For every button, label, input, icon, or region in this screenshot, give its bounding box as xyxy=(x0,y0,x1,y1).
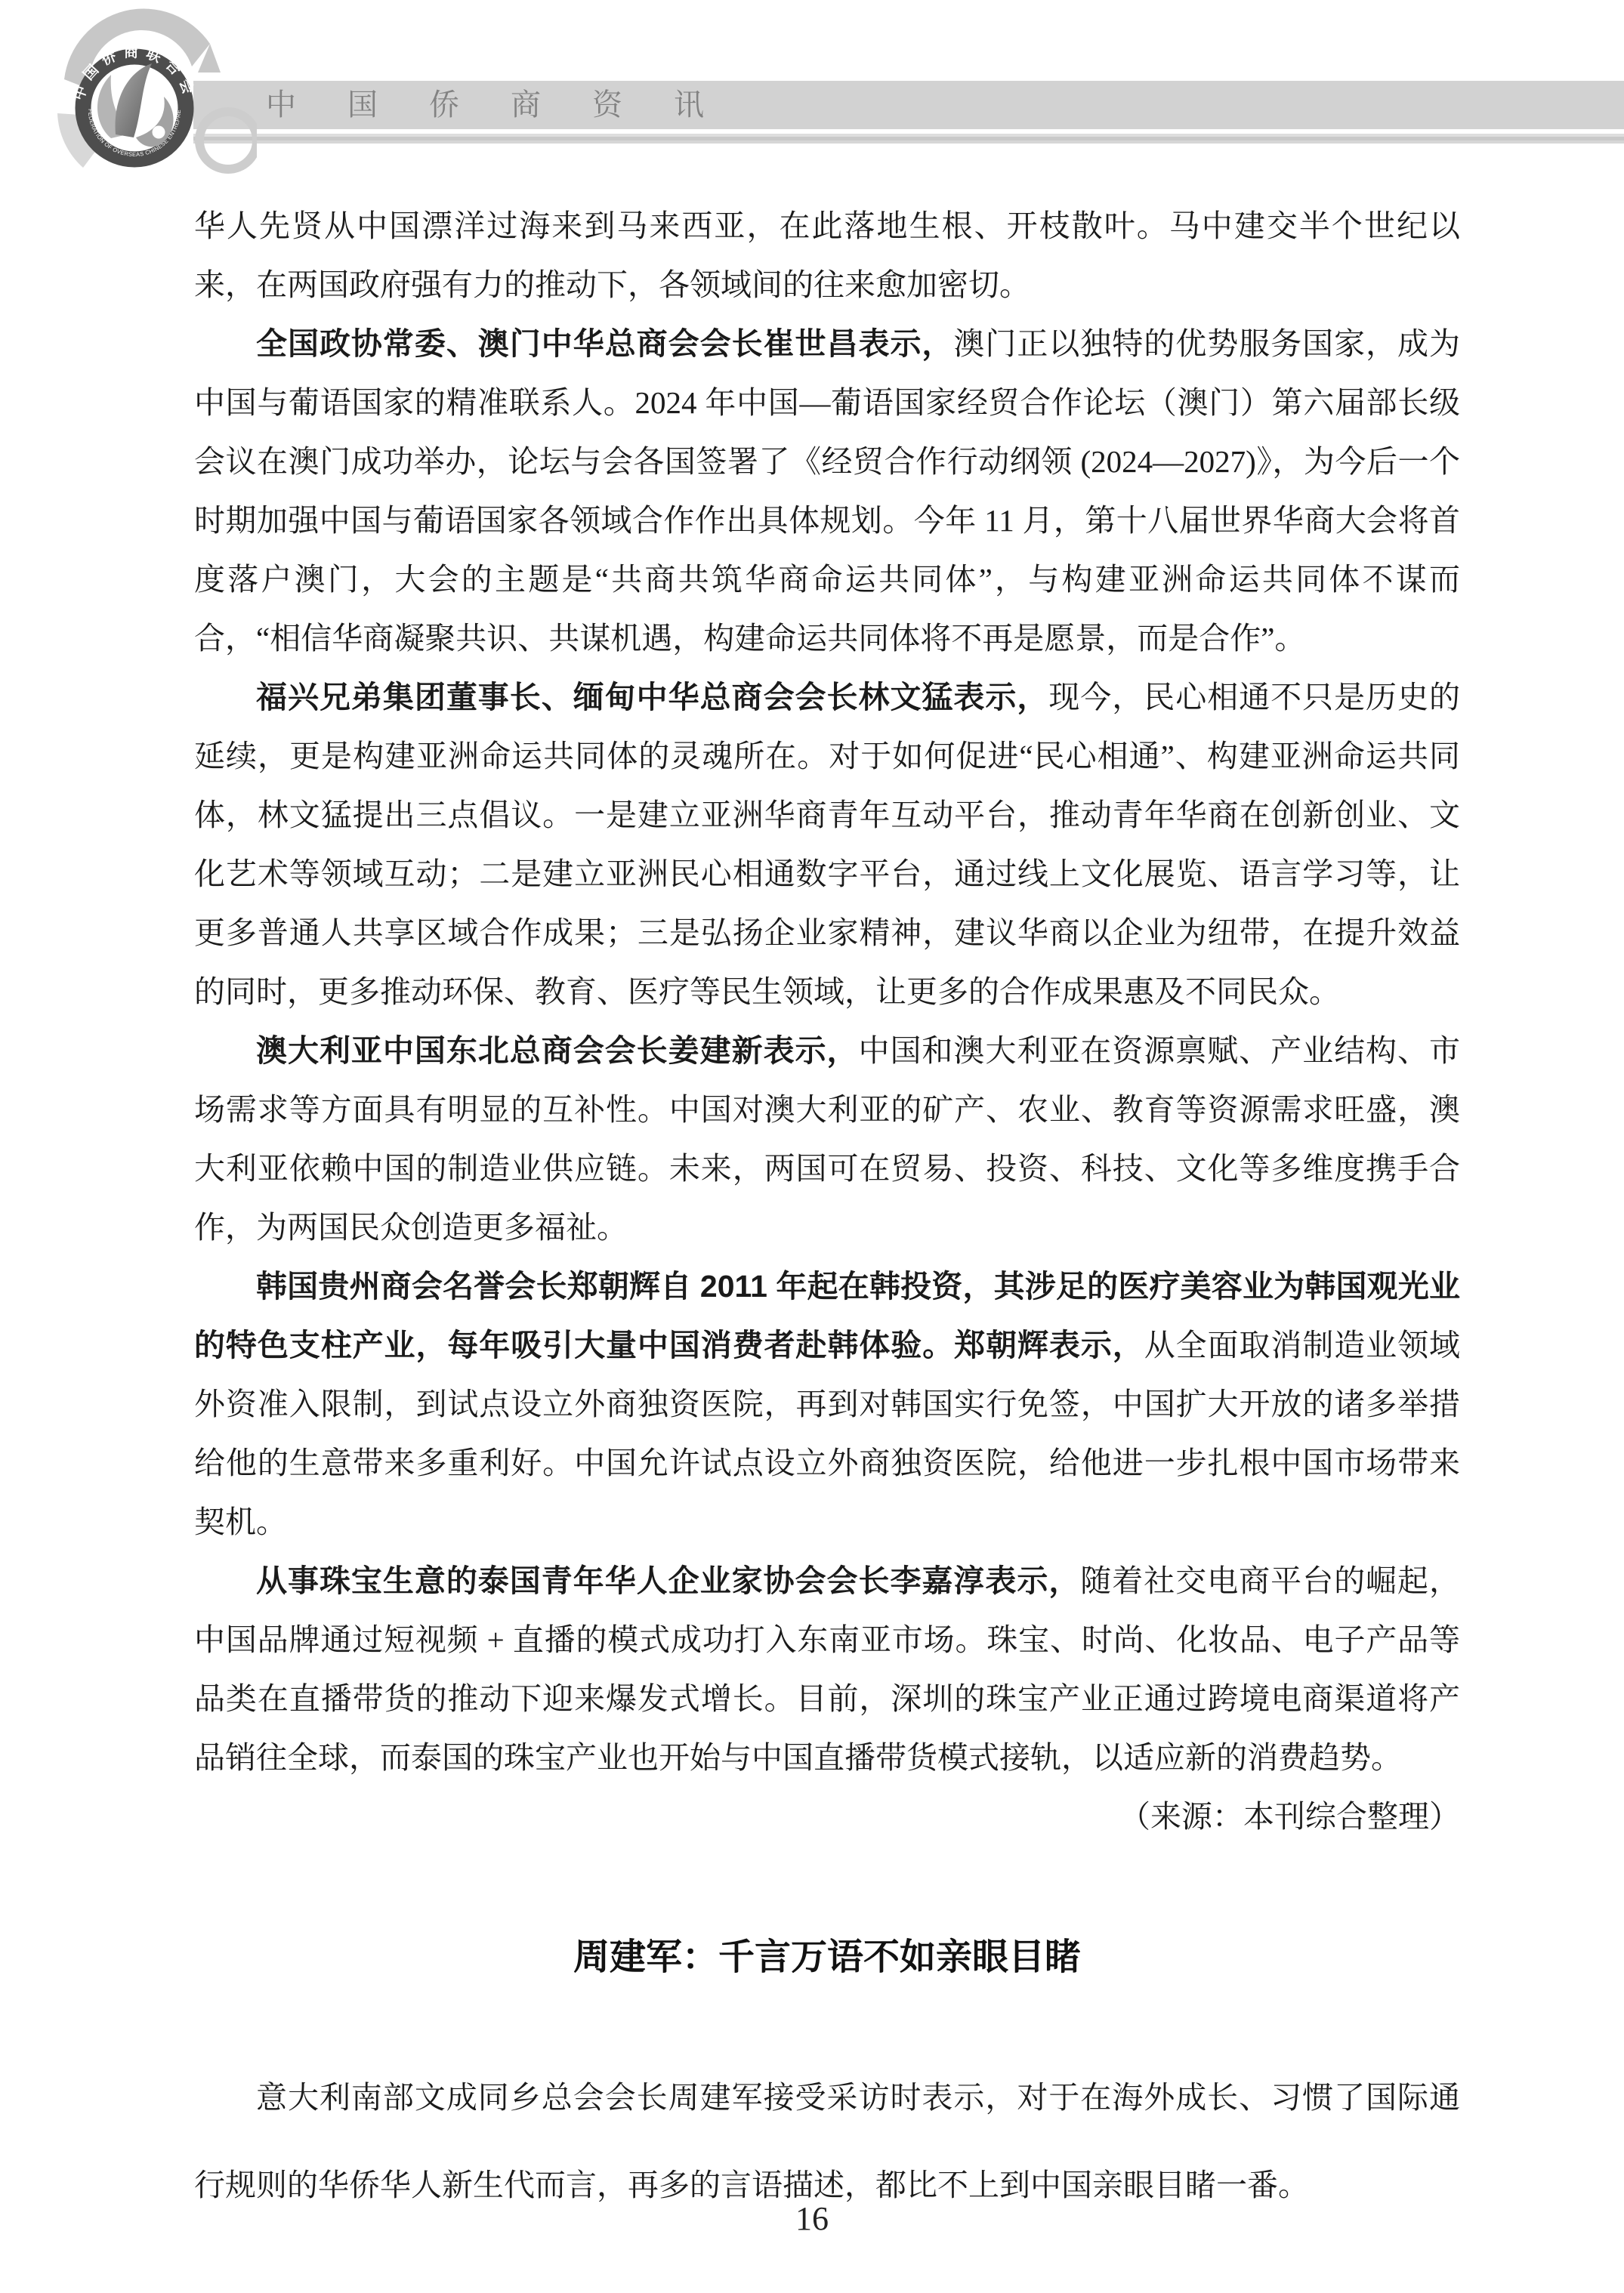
paragraph-text: 意大利南部文成同乡总会会长周建军接受采访时表示，对于在海外成长、习惯了国际通行规… xyxy=(194,2080,1460,2202)
section-heading: 周建军：千言万语不如亲眼目睹 xyxy=(194,1925,1460,1989)
speaker-attribution-bold: 澳大利亚中国东北总商会会长姜建新表示， xyxy=(256,1033,858,1068)
body-paragraph: 全国政协常委、澳门中华总商会会长崔世昌表示，澳门正以独特的优势服务国家，成为中国… xyxy=(194,314,1460,668)
body-paragraph: 福兴兄弟集团董事长、缅甸中华总商会会长林文猛表示，现今，民心相通不只是历史的延续… xyxy=(194,668,1460,1021)
header-banner: 中国侨商资讯 xyxy=(193,81,1624,129)
header-rule-lines xyxy=(193,134,1624,144)
body-paragraph: 澳大利亚中国东北总商会会长姜建新表示，中国和澳大利亚在资源禀赋、产业结构、市场需… xyxy=(194,1021,1460,1257)
speaker-attribution-bold: 全国政协常委、澳门中华总商会会长崔世昌表示， xyxy=(256,326,953,361)
body-paragraph: 韩国贵州商会名誉会长郑朝辉自 2011 年起在韩投资，其涉足的医疗美容业为韩国观… xyxy=(194,1257,1460,1551)
body-paragraph: 华人先贤从中国漂洋过海来到马来西亚，在此落地生根、开枝散叶。马中建交半个世纪以来… xyxy=(194,196,1460,314)
rule-line-bottom xyxy=(193,140,1624,144)
article-body: 华人先贤从中国漂洋过海来到马来西亚，在此落地生根、开枝散叶。马中建交半个世纪以来… xyxy=(194,196,1460,2229)
source-line: （来源：本刊综合整理） xyxy=(194,1787,1460,1846)
page-number: 16 xyxy=(0,2199,1624,2238)
news-paragraphs: 华人先贤从中国漂洋过海来到马来西亚，在此落地生根、开枝散叶。马中建交半个世纪以来… xyxy=(194,196,1460,1787)
logo-open-ring xyxy=(199,112,257,169)
federation-logo-icon: 中国侨商联合会 CHINA FEDERATION OF OVERSEAS CHI… xyxy=(30,0,257,189)
paragraph-text: 澳门正以独特的优势服务国家，成为中国与葡语国家的精准联系人。2024 年中国—葡… xyxy=(194,326,1460,656)
speaker-attribution-bold: 从事珠宝生意的泰国青年华人企业家协会会长李嘉淳表示， xyxy=(256,1563,1080,1598)
paragraph-text: 华人先贤从中国漂洋过海来到马来西亚，在此落地生根、开枝散叶。马中建交半个世纪以来… xyxy=(194,208,1460,302)
paragraph-text: 现今，民心相通不只是历史的延续，更是构建亚洲命运共同体的灵魂所在。对于如何促进“… xyxy=(194,680,1460,1009)
magazine-page: 中国侨商资讯 中国侨商联合会 C xyxy=(0,0,1624,2293)
header-banner-title: 中国侨商资讯 xyxy=(193,81,1624,129)
body-paragraph: 从事珠宝生意的泰国青年华人企业家协会会长李嘉淳表示，随着社交电商平台的崛起，中国… xyxy=(194,1551,1460,1787)
speaker-attribution-bold: 福兴兄弟集团董事长、缅甸中华总商会会长林文猛表示， xyxy=(256,680,1048,714)
